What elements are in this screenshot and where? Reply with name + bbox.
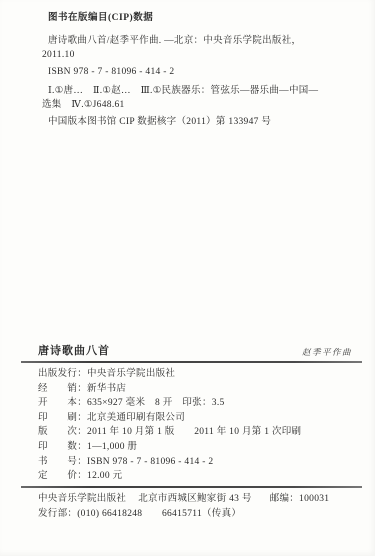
colophon-row: 定 价： 12.00 元 <box>38 469 362 484</box>
colophon-row: 版 次： 2011 年 10 月第 1 版 2011 年 10 月第 1 次印刷 <box>38 425 362 440</box>
cip-heading: 图书在版编目(CIP)数据 <box>42 11 363 25</box>
colophon-row: 经 销： 新华书店 <box>38 382 362 397</box>
row-label: 印 数： <box>38 440 87 455</box>
cip-isbn-line: ISBN 978 - 7 - 81096 - 414 - 2 <box>42 65 363 79</box>
row-value: ISBN 978 - 7 - 81096 - 414 - 2 <box>87 455 362 470</box>
publisher-address: 北京市西城区鲍家街 43 号 <box>138 492 251 507</box>
row-label: 版 次： <box>38 425 87 440</box>
cip-publication-line-2: 2011.10 <box>42 48 363 62</box>
row-value: 中央音乐学院出版社 <box>87 367 362 382</box>
row-value: 北京美通印刷有限公司 <box>87 411 362 426</box>
copyright-page: 图书在版编目(CIP)数据 唐诗歌曲八首/赵季平作曲. —北京：中央音乐学院出版… <box>0 0 375 556</box>
row-value: 1—1,000 册 <box>87 440 362 455</box>
row-label: 开 本： <box>38 396 87 411</box>
distribution-line: 发行部：(010) 66418248 66415711（传真） <box>38 507 362 522</box>
postcode: 邮编：100031 <box>270 492 330 507</box>
colophon-rows: 出版发行： 中央音乐学院出版社 经 销： 新华书店 开 本： 635×927 毫… <box>38 367 362 484</box>
colophon-title-row: 唐诗歌曲八首 赵季平作曲 <box>38 344 362 358</box>
cip-classification-line-1: Ⅰ.①唐… Ⅱ.①赵… Ⅲ.①民族器乐：管弦乐—器乐曲—中国— <box>42 84 363 98</box>
cip-classification-line-2: 选集 Ⅳ.①J648.61 <box>42 98 363 112</box>
colophon-row: 开 本： 635×927 毫米 8 开 印张：3.5 <box>38 396 362 411</box>
row-value: 新华书店 <box>87 382 362 397</box>
colophon-row: 书 号： ISBN 978 - 7 - 81096 - 414 - 2 <box>38 455 362 470</box>
row-value: 2011 年 10 月第 1 版 2011 年 10 月第 1 次印刷 <box>87 425 362 440</box>
colophon-row: 印 数： 1—1,000 册 <box>38 440 362 455</box>
publisher-contact-line: 中央音乐学院出版社 北京市西城区鲍家街 43 号 邮编：100031 <box>38 492 362 507</box>
book-title: 唐诗歌曲八首 <box>38 344 110 358</box>
row-label: 定 价： <box>38 469 87 484</box>
divider-line-top <box>21 361 362 363</box>
cip-section: 图书在版编目(CIP)数据 唐诗歌曲八首/赵季平作曲. —北京：中央音乐学院出版… <box>42 11 363 129</box>
row-label: 经 销： <box>38 382 87 397</box>
row-value: 635×927 毫米 8 开 印张：3.5 <box>87 396 362 411</box>
row-value: 12.00 元 <box>87 469 362 484</box>
publisher-name: 中央音乐学院出版社 <box>38 492 126 507</box>
composer-credit: 赵季平作曲 <box>302 346 362 358</box>
divider-line-bottom <box>21 486 362 488</box>
row-label: 书 号： <box>38 455 87 470</box>
colophon-section: 唐诗歌曲八首 赵季平作曲 出版发行： 中央音乐学院出版社 经 销： 新华书店 开… <box>38 344 362 522</box>
cip-publication-line-1: 唐诗歌曲八首/赵季平作曲. —北京：中央音乐学院出版社， <box>42 34 363 48</box>
cip-record-line: 中国版本图书馆 CIP 数据核字（2011）第 133947 号 <box>42 115 363 129</box>
colophon-row: 印 刷： 北京美通印刷有限公司 <box>38 411 362 426</box>
row-label: 出版发行： <box>38 367 87 382</box>
row-label: 印 刷： <box>38 411 87 426</box>
colophon-row: 出版发行： 中央音乐学院出版社 <box>38 367 362 382</box>
